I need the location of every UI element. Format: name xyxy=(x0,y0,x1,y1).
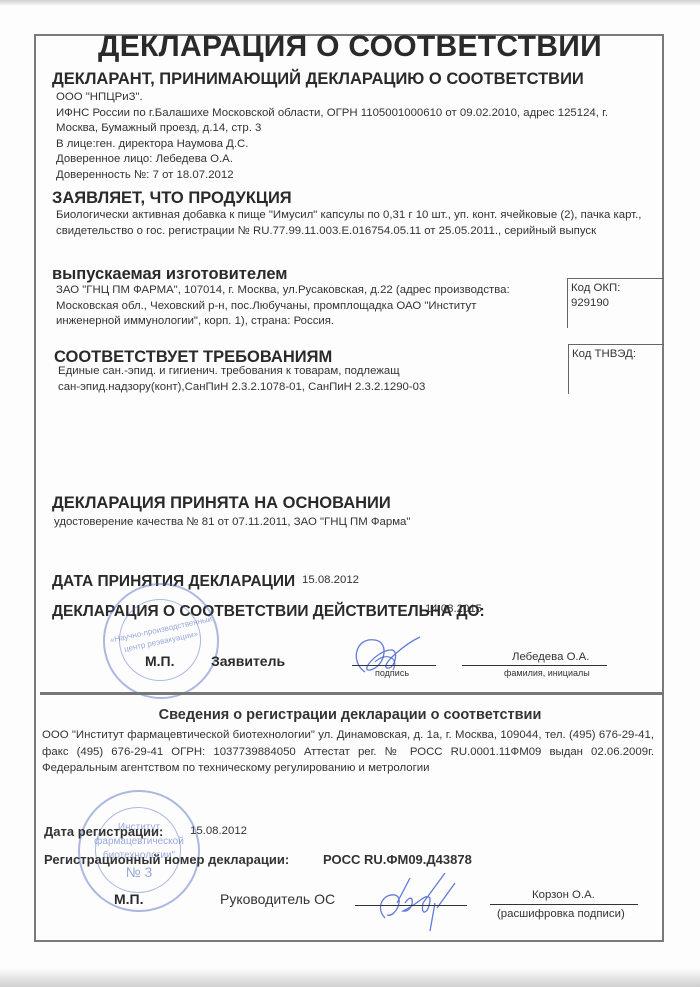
manufacturer-line: ЗАО "ГНЦ ПМ ФАРМА", 107014, г. Москва, у… xyxy=(56,283,510,299)
applicant-role-label: Заявитель xyxy=(211,653,285,669)
name-caption: фамилия, инициалы xyxy=(504,668,590,678)
acceptance-date-value: 15.08.2012 xyxy=(302,573,359,589)
okp-label: Код ОКП: xyxy=(571,281,661,296)
declarant-line: ООО "НПЦРиЗ". xyxy=(56,90,608,106)
requirements-line: сан-эпид.надзору(конт),СанПиН 2.3.2.1078… xyxy=(58,380,425,396)
manufacturer-line: инженерной иммунологии", корп. 1), стран… xyxy=(56,314,510,330)
manufacturer-heading: выпускаемая изготовителем xyxy=(52,265,288,284)
scan-top-edge xyxy=(0,0,700,6)
okp-value: 929190 xyxy=(571,296,661,311)
okp-code-box: Код ОКП: 929190 xyxy=(567,278,664,328)
product-details: Биологически активная добавка к пище "Им… xyxy=(56,208,641,239)
head-role-label: Руководитель ОС xyxy=(220,891,335,907)
head-name-line xyxy=(490,904,638,905)
registration-heading: Сведения о регистрации декларации о соот… xyxy=(0,707,700,723)
product-line: свидетельство о гос. регистрации № RU.77… xyxy=(56,224,641,240)
requirements-details: Единые сан.-эпид. и гигиенич. требования… xyxy=(58,364,425,395)
document-title: ДЕКЛАРАЦИЯ О СООТВЕТСТВИИ xyxy=(0,30,700,64)
tnved-code-box: Код ТНВЭД: xyxy=(568,344,664,394)
basis-heading: ДЕКЛАРАЦИЯ ПРИНЯТА НА ОСНОВАНИИ xyxy=(52,494,391,513)
requirements-line: Единые сан.-эпид. и гигиенич. требования… xyxy=(58,364,425,380)
registration-number-label: Регистрационный номер декларации: xyxy=(44,852,289,867)
applicant-name: Лебедева О.А. xyxy=(512,650,589,666)
declarant-line: ИФНС России по г.Балашихе Московской обл… xyxy=(56,106,608,122)
head-name-caption: (расшифровка подписи) xyxy=(497,907,625,923)
manufacturer-line: Московская обл., Чеховский р-н, пос.Любу… xyxy=(56,299,510,315)
section-divider xyxy=(40,692,664,695)
declarant-line: Москва, Бумажный проезд, д.14, стр. 3 xyxy=(56,121,608,137)
product-heading: ЗАЯВЛЯЕТ, ЧТО ПРОДУКЦИЯ xyxy=(52,189,292,208)
applicant-name-line xyxy=(462,665,607,666)
product-line: Биологически активная добавка к пище "Им… xyxy=(56,208,641,224)
head-signature-line xyxy=(355,905,467,906)
registration-body: ООО "Институт фармацевтической биотехнол… xyxy=(42,727,654,777)
applicant-signature-line xyxy=(352,665,436,666)
scan-bottom-edge xyxy=(0,968,700,987)
head-mp-label: М.П. xyxy=(114,891,144,907)
registration-number-value: РОСС RU.ФМ09.Д43878 xyxy=(323,852,472,867)
valid-until-value: 14.08.2015 xyxy=(425,602,482,618)
declarant-line: В лице:ген. директора Наумова Д.С. xyxy=(56,137,608,153)
tnved-label: Код ТНВЭД: xyxy=(572,347,661,362)
applicant-mp-label: М.П. xyxy=(145,653,175,669)
applicant-seal-stamp: «Научно-производственный центр реэвакуац… xyxy=(103,583,219,699)
head-name: Корзон О.А. xyxy=(532,888,595,904)
manufacturer-details: ЗАО "ГНЦ ПМ ФАРМА", 107014, г. Москва, у… xyxy=(56,283,510,330)
signature-caption: подпись xyxy=(375,668,409,678)
declarant-heading: ДЕКЛАРАНТ, ПРИНИМАЮЩИЙ ДЕКЛАРАЦИЮ О СООТ… xyxy=(52,70,584,89)
declarant-details: ООО "НПЦРиЗ". ИФНС России по г.Балашихе … xyxy=(56,90,608,183)
registration-date-label: Дата регистрации: xyxy=(44,824,163,839)
declarant-line: Доверенное лицо: Лебедева О.А. xyxy=(56,152,608,168)
registration-date-value: 15.08.2012 xyxy=(190,824,247,840)
head-signature xyxy=(375,873,460,933)
basis-text: удостоверение качества № 81 от 07.11.201… xyxy=(54,515,410,531)
declarant-line: Доверенность №: 7 от 18.07.2012 xyxy=(56,168,608,184)
